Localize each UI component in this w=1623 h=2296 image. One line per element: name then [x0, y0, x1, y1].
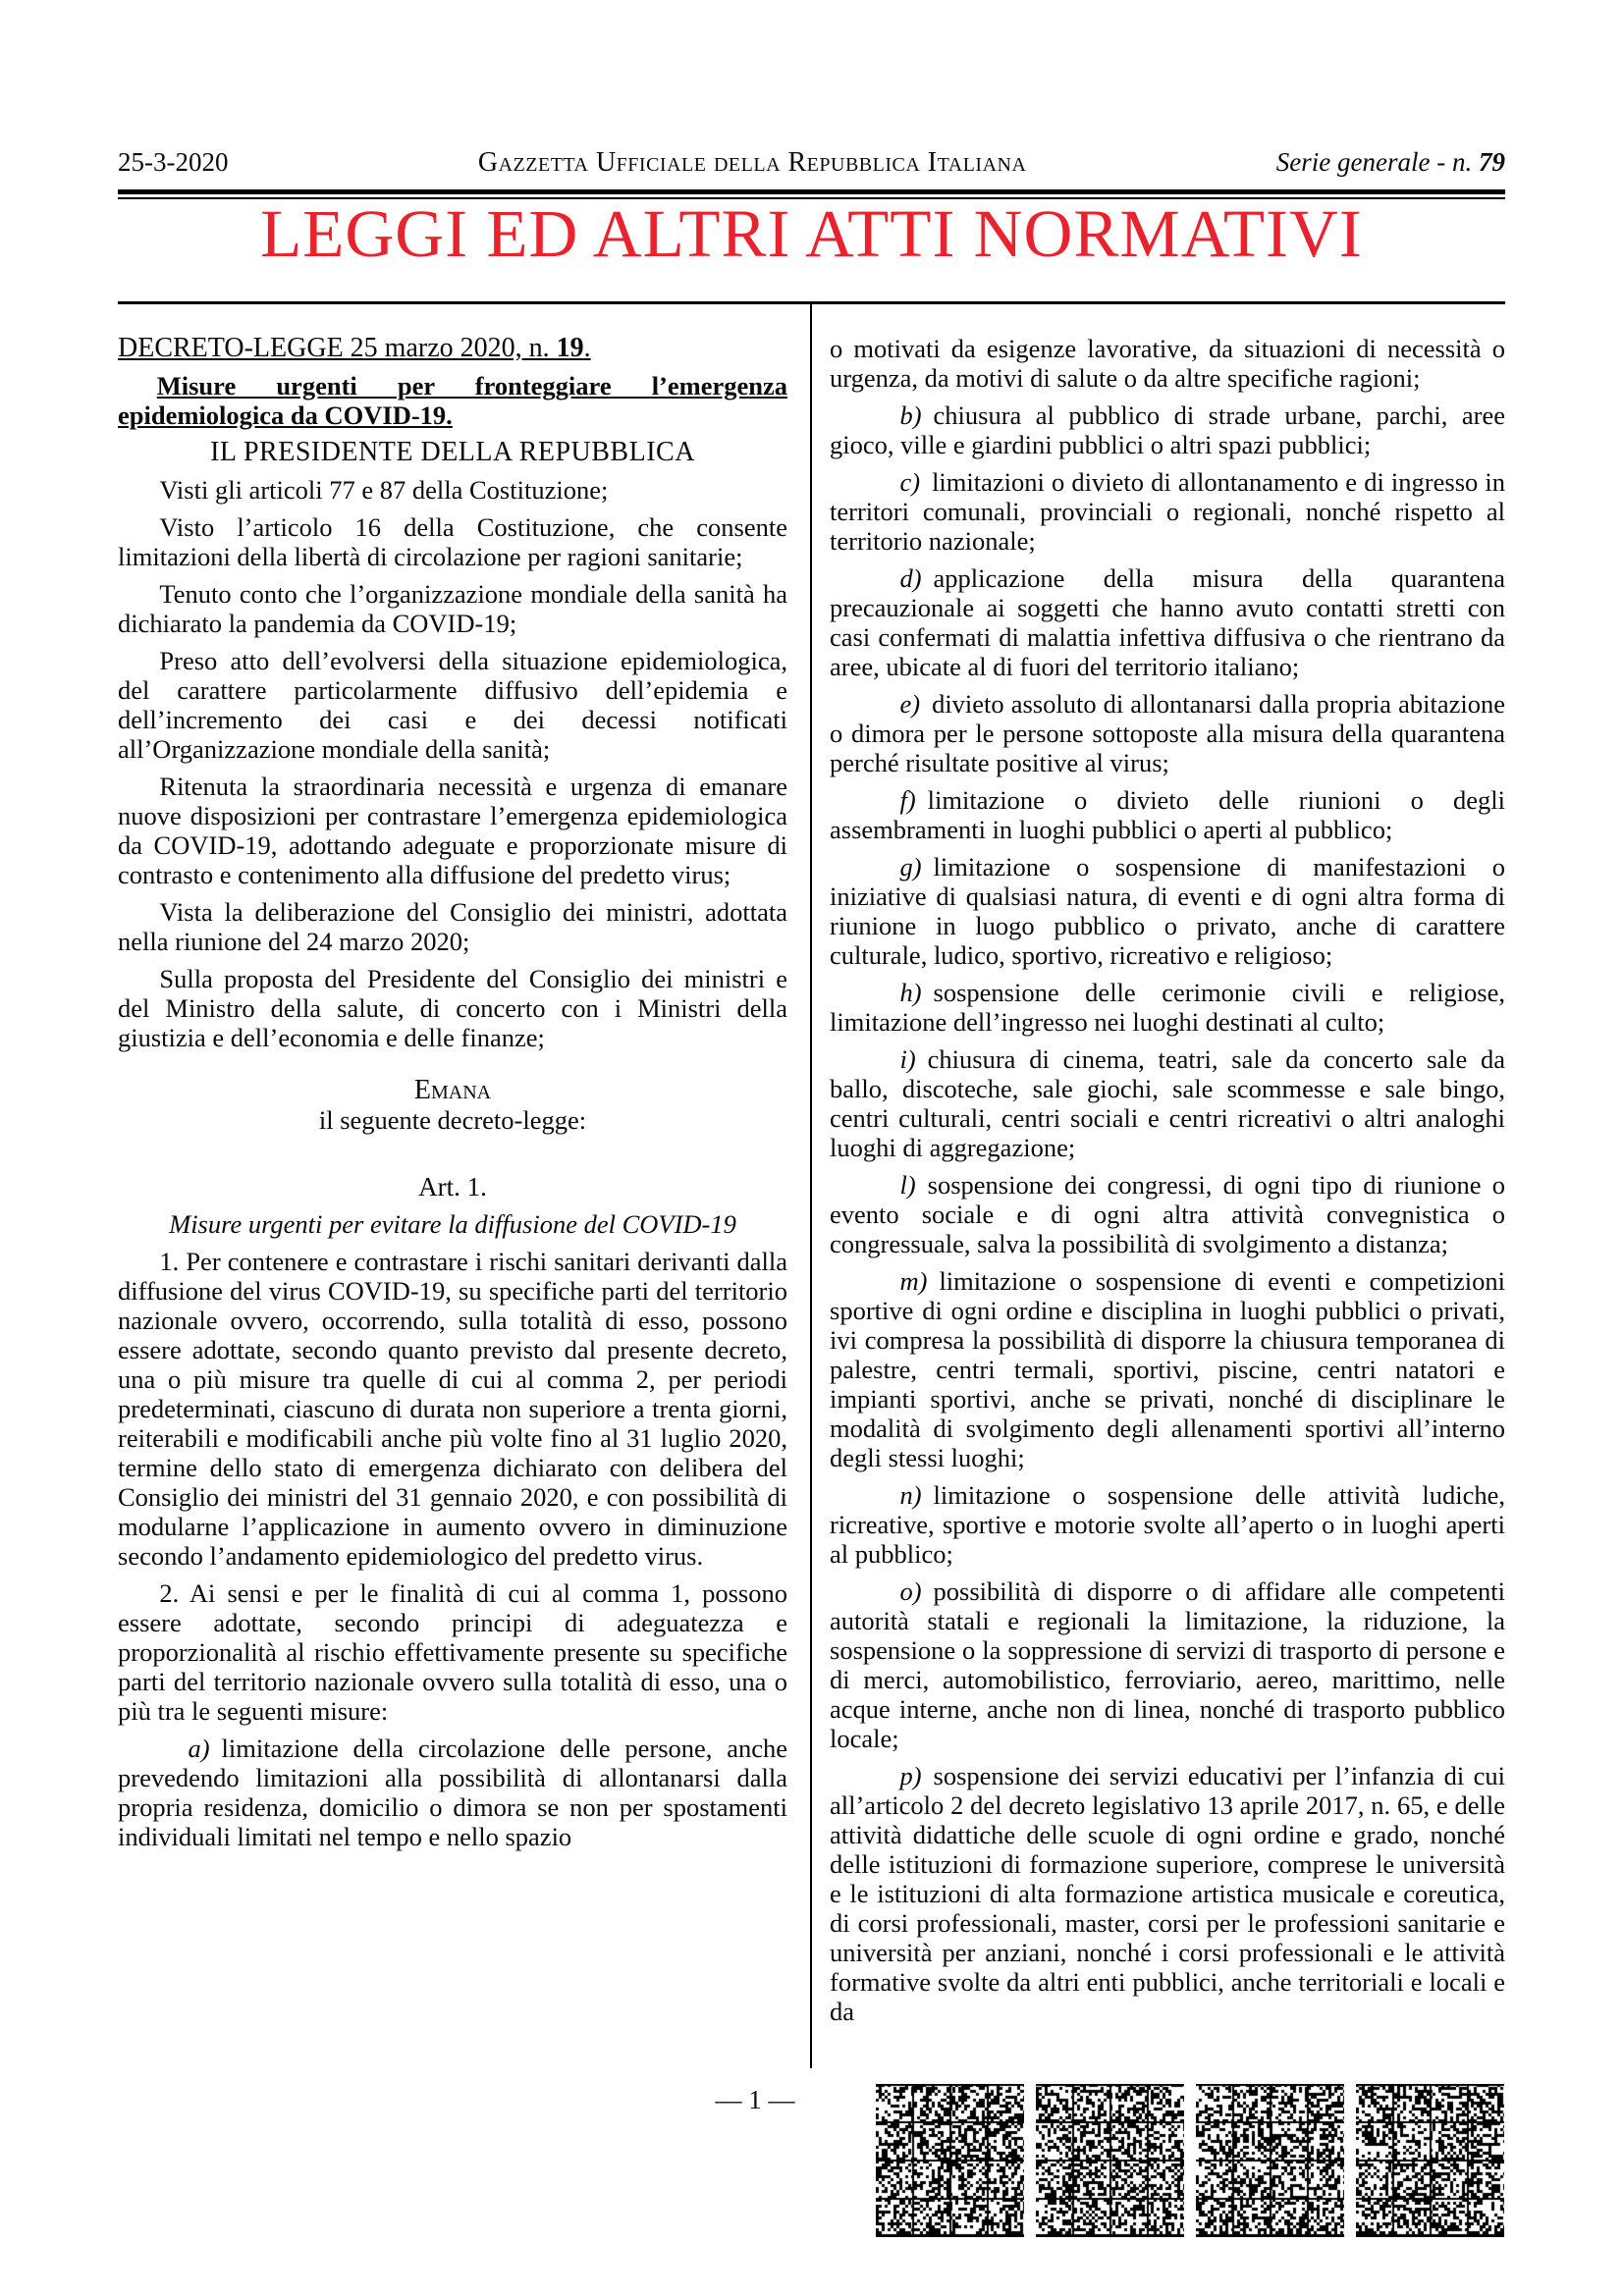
barcode-block-4 [1356, 2084, 1504, 2237]
item-text: limitazione o divieto delle riunioni o d… [830, 785, 1505, 844]
recital-paragraph: Sulla proposta del Presidente del Consig… [118, 964, 787, 1052]
list-item: p)sospensione dei servizi educativi per … [830, 1761, 1505, 2026]
list-item: n)limitazione o sospensione delle attivi… [830, 1480, 1505, 1569]
list-item: c)limitazioni o divieto di allontanament… [830, 467, 1505, 556]
barcode-block-2 [1036, 2084, 1184, 2237]
item-label: e) [900, 689, 921, 719]
list-item: g)limitazione o sospensione di manifesta… [830, 852, 1505, 970]
item-text: chiusura di cinema, teatri, sale da conc… [830, 1044, 1505, 1162]
list-item: h)sospensione delle cerimonie civili e r… [830, 978, 1505, 1037]
emana-word: Emana [118, 1076, 787, 1105]
item-label: g) [900, 852, 922, 881]
item-label: m) [900, 1266, 928, 1296]
barcode-block-1 [876, 2084, 1024, 2237]
list-item: e)divieto assoluto di allontanarsi dalla… [830, 689, 1505, 777]
series-info: Serie generale - n. 79 [1276, 147, 1505, 178]
item-label: h) [900, 978, 922, 1007]
item-text: sospensione delle cerimonie civili e rel… [830, 978, 1505, 1037]
page-number: — 1 — [676, 2085, 834, 2115]
section-banner-title: LEGGI ED ALTRI ATTI NORMATIVI [0, 200, 1623, 268]
recital-paragraph: Visti gli articoli 77 e 87 della Costitu… [118, 475, 787, 505]
article-subtitle: Misure urgenti per evitare la diffusione… [118, 1209, 787, 1239]
item-a-continuation: o motivati da esigenze lavorative, da si… [830, 334, 1505, 393]
recital-paragraph: Ritenuta la straordinaria necessità e ur… [118, 772, 787, 889]
decree-subtitle: Misure urgenti per fronteggiare l’emerge… [118, 371, 787, 430]
column-divider-rule [810, 301, 812, 2068]
recital-paragraph: Vista la deliberazione del Consiglio dei… [118, 897, 787, 956]
list-item: i)chiusura di cinema, teatri, sale da co… [830, 1044, 1505, 1162]
recital-paragraph: Preso atto dell’evolversi della situazio… [118, 646, 787, 764]
decree-number: 19 [557, 333, 584, 363]
item-text: sospensione dei congressi, di ogni tipo … [830, 1170, 1505, 1258]
item-text: chiusura al pubblico di strade urbane, p… [830, 400, 1505, 459]
decree-heading-text: DECRETO-LEGGE 25 marzo 2020, n. [118, 333, 557, 363]
recital-paragraph: Visto l’articolo 16 della Costituzione, … [118, 512, 787, 571]
item-text: limitazione o sospensione di manifestazi… [830, 852, 1505, 970]
emana-following: il seguente decreto-legge: [118, 1105, 787, 1135]
item-text: limitazione o sospensione di eventi e co… [830, 1266, 1505, 1472]
item-label: l) [900, 1170, 916, 1200]
item-label: d) [900, 563, 922, 593]
item-text: limitazione o sospensione delle attività… [830, 1480, 1505, 1569]
list-item: f)limitazione o divieto delle riunioni o… [830, 785, 1505, 844]
decree-heading-period: . [584, 333, 591, 363]
item-text: limitazione della circolazione delle per… [118, 1734, 787, 1851]
right-column: o motivati da esigenze lavorative, da si… [830, 334, 1505, 2034]
decree-heading: DECRETO-LEGGE 25 marzo 2020, n. 19. [118, 334, 787, 363]
item-text: divieto assoluto di allontanarsi dalla p… [830, 689, 1505, 777]
list-item: m)limitazione o sospensione di eventi e … [830, 1266, 1505, 1472]
item-label: n) [900, 1480, 922, 1510]
article-heading: Art. 1. [118, 1172, 787, 1201]
item-label: c) [900, 467, 921, 497]
item-label: f) [900, 785, 916, 815]
item-text: limitazioni o divieto di allontanamento … [830, 467, 1505, 556]
item-label: i) [900, 1044, 916, 1074]
list-item: b)chiusura al pubblico di strade urbane,… [830, 400, 1505, 459]
series-number: 79 [1479, 147, 1505, 177]
item-label: a) [189, 1734, 210, 1763]
item-label: o) [900, 1576, 922, 1606]
gazette-page: 25-3-2020 Gazzetta Ufficiale della Repub… [0, 0, 1623, 2296]
recital-paragraph: Tenuto conto che l’organizzazione mondia… [118, 579, 787, 638]
article-paragraph-1: 1. Per contenere e contrastare i rischi … [118, 1247, 787, 1571]
list-item: l)sospensione dei congressi, di ogni tip… [830, 1170, 1505, 1258]
series-label: Serie generale [1276, 147, 1431, 177]
masthead-title: Gazzetta Ufficiale della Repubblica Ital… [478, 147, 1027, 179]
issue-date: 25-3-2020 [118, 147, 228, 178]
barcode-block-3 [1196, 2084, 1344, 2237]
list-item: o)possibilità di disporre o di affidare … [830, 1576, 1505, 1753]
item-text: possibilità di disporre o di affidare al… [830, 1576, 1505, 1753]
item-text: applicazione della misura della quarante… [830, 563, 1505, 681]
president-heading: IL PRESIDENTE DELLA REPUBBLICA [118, 438, 787, 467]
list-item: d)applicazione della misura della quaran… [830, 563, 1505, 681]
series-separator: - n. [1430, 147, 1479, 177]
item-label: b) [900, 400, 922, 430]
running-head: 25-3-2020 Gazzetta Ufficiale della Repub… [118, 147, 1505, 179]
left-column: DECRETO-LEGGE 25 marzo 2020, n. 19. Misu… [118, 334, 787, 1859]
item-label: p) [900, 1761, 922, 1790]
list-item-a: a)limitazione della circolazione delle p… [118, 1734, 787, 1851]
emana-block: Emana il seguente decreto-legge: [118, 1076, 787, 1135]
article-paragraph-2: 2. Ai sensi e per le finalità di cui al … [118, 1578, 787, 1726]
item-text: sospensione dei servizi educativi per l’… [830, 1761, 1505, 2026]
